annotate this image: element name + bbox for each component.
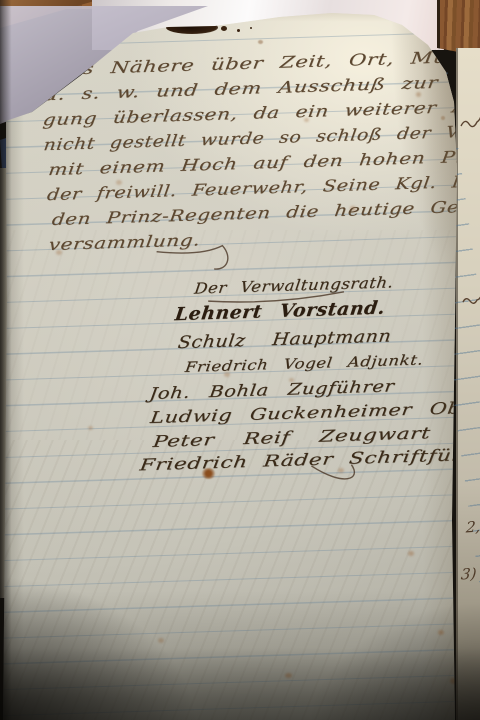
page-edge-shading [0,0,480,720]
handwriting-fragment [462,292,480,306]
manuscript-page: das Nähere über Zeit, Ort, Musik u. s. w… [0,0,480,720]
next-page-edge: 2, 3) [456,48,480,720]
margin-note-3: 3) [460,564,477,583]
margin-note-2: 2, [465,518,480,537]
photographed-manuscript-page: 2, 3) das Nähere über Zeit, Ort, [0,0,480,720]
handwriting-fragment [460,112,480,130]
